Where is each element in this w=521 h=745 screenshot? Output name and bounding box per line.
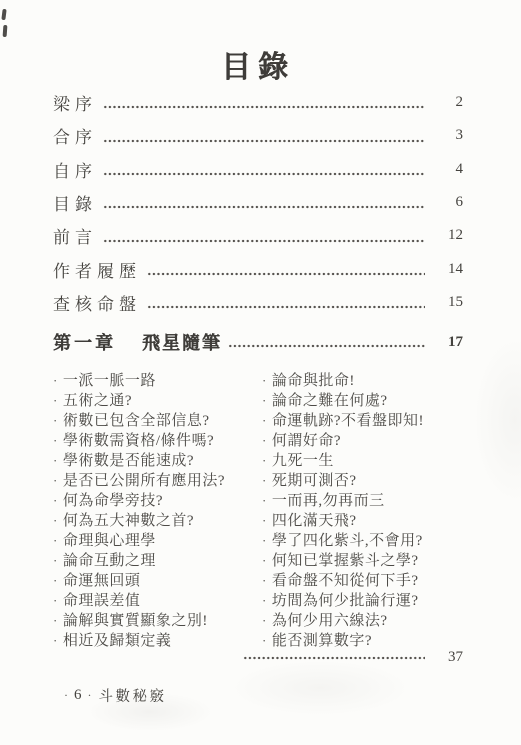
bullet-icon: · [53,391,58,411]
topic-item: ·四化滿天飛? [262,511,463,531]
topic-list: ·一派一脈一路 ·五術之通? ·術數已包含全部信息? ·學術數需資格/條件嗎? … [53,371,463,651]
toc-entry-label: 梁序 [53,90,97,115]
topic-item: ·命運無回頭 [53,571,262,591]
topic-text: 論命與批命! [272,371,355,391]
chapter-heading-row: 第一章 飛星隨筆 17 [53,329,463,355]
bullet-icon: · [262,391,267,411]
table-of-contents-page: 目錄 梁序 2 合序 3 自序 4 目錄 6 前言 12 作者履歷 [0,42,521,706]
footer-book-title: 斗數秘竅 [99,685,167,706]
topic-text: 一而再,勿再而三 [272,491,385,511]
topic-item: ·五術之通? [53,391,262,411]
footer-page-number: 6 [74,687,82,704]
topic-item: ·坊間為何少批論行運? [262,591,463,611]
bullet-icon: · [262,611,267,631]
bullet-icon: · [262,511,267,531]
topic-text: 論命之難在何處? [272,391,388,411]
toc-row: 自序 4 [53,153,463,186]
topic-item: ·何謂好命? [262,431,463,451]
dotted-leader [103,186,425,219]
bullet-icon: · [53,571,58,591]
topic-item: ·死期可測否? [262,471,463,491]
topic-item: ·是否已公開所有應用法? [53,471,262,491]
topic-item: ·何知已掌握紫斗之學? [262,551,463,571]
bullet-icon: · [53,511,58,531]
topic-item: ·學術數是否能速成? [53,451,262,471]
topic-item: ·命理誤差值 [53,591,262,611]
topic-text: 學了四化紫斗,不會用? [272,531,423,551]
bullet-icon: · [262,411,267,431]
topic-text: 命理與心理學 [63,531,156,551]
topic-text: 論解與實質顯象之別! [63,611,208,631]
toc-row: 目錄 6 [53,186,463,219]
topic-item: ·學了四化紫斗,不會用? [262,531,463,551]
topic-item: ·相近及歸類定義 [53,631,262,651]
topic-text: 何為命學旁技? [63,491,163,511]
dotted-leader [147,252,425,285]
toc-entry-label: 作者履歷 [53,257,141,282]
dotted-leader [103,86,425,119]
page-title: 目錄 [53,42,463,74]
topic-text: 相近及歸類定義 [63,631,172,651]
topic-column-left: ·一派一脈一路 ·五術之通? ·術數已包含全部信息? ·學術數需資格/條件嗎? … [53,371,262,651]
bullet-icon: · [262,451,267,471]
topic-text: 命理誤差值 [63,591,141,611]
dotted-leader [103,219,425,252]
toc-row: 查核命盤 15 [53,286,463,319]
dotted-leader [147,286,425,319]
topic-item: ·論解與實質顯象之別! [53,611,262,631]
topic-text: 論命互動之理 [63,551,156,571]
topic-item: ·命理與心理學 [53,531,262,551]
topic-item: ·九死一生 [262,451,463,471]
topic-text: 命運無回頭 [63,571,141,591]
topic-item: ·為何少用六線法? [262,611,463,631]
topic-item: ·一派一脈一路 [53,371,262,391]
bullet-icon: · [64,688,68,703]
topic-text: 死期可測否? [272,471,357,491]
bullet-icon: · [262,471,267,491]
toc-entry-label: 合序 [53,123,97,148]
topic-text: 一派一脈一路 [63,371,156,391]
topic-item: ·學術數需資格/條件嗎? [53,431,262,451]
section-end-page-number: 37 [433,649,463,666]
bullet-icon: · [53,491,58,511]
bullet-icon: · [262,631,267,651]
bullet-icon: · [53,431,58,451]
topic-item: ·看命盤不知從何下手? [262,571,463,591]
bullet-icon: · [53,531,58,551]
bullet-icon: · [262,431,267,451]
topic-text: 為何少用六線法? [272,611,388,631]
topic-text: 五術之通? [63,391,132,411]
topic-text: 看命盤不知從何下手? [272,571,419,591]
topic-text: 學術數需資格/條件嗎? [63,431,214,451]
toc-page-number: 14 [433,261,463,278]
page-footer: · 6 · 斗數秘竅 [58,685,463,706]
topic-item: ·論命之難在何處? [262,391,463,411]
scanned-book-page: { "page_title": "目錄", "front_matter": [ … [0,0,521,745]
toc-page-number: 6 [433,194,463,211]
toc-row: 梁序 2 [53,86,463,119]
scan-ink-artifact [1,9,6,20]
bullet-icon: · [262,591,267,611]
bullet-icon: · [262,371,267,391]
topic-text: 何謂好命? [272,431,341,451]
dotted-leader [103,119,425,152]
toc-page-number: 2 [433,94,463,111]
topic-section-end-row: 37 [53,650,463,664]
bullet-icon: · [88,688,92,703]
bullet-icon: · [262,491,267,511]
topic-column-right: ·論命與批命! ·論命之難在何處? ·命運軌跡?不看盤即知! ·何謂好命? ·九… [262,371,463,651]
topic-text: 九死一生 [272,451,334,471]
toc-row: 前言 12 [53,219,463,252]
scan-ink-artifact [3,25,8,37]
bullet-icon: · [53,411,58,431]
topic-item: ·何為五大神數之首? [53,511,262,531]
bullet-icon: · [53,591,58,611]
toc-page-number: 4 [433,161,463,178]
chapter-number: 第一章 [53,329,116,355]
chapter-page-number: 17 [433,334,463,351]
topic-item: ·論命互動之理 [53,551,262,571]
topic-text: 能否測算數字? [272,631,372,651]
toc-row: 合序 3 [53,119,463,152]
bullet-icon: · [262,551,267,571]
topic-item: ·命運軌跡?不看盤即知! [262,411,463,431]
toc-entry-label: 目錄 [53,190,97,215]
toc-row: 作者履歷 14 [53,252,463,285]
toc-entry-label: 自序 [53,157,97,182]
topic-item: ·一而再,勿再而三 [262,491,463,511]
bullet-icon: · [262,531,267,551]
topic-text: 坊間為何少批論行運? [272,591,419,611]
dotted-leader [228,329,425,355]
topic-text: 何為五大神數之首? [63,511,194,531]
dotted-leader [103,153,425,186]
topic-item: ·論命與批命! [262,371,463,391]
toc-entry-label: 查核命盤 [53,290,141,315]
toc-page-number: 3 [433,127,463,144]
bullet-icon: · [53,551,58,571]
front-matter-list: 梁序 2 合序 3 自序 4 目錄 6 前言 12 作者履歷 14 [53,86,463,319]
bullet-icon: · [53,631,58,651]
topic-text: 是否已公開所有應用法? [63,471,225,491]
topic-item: ·術數已包含全部信息? [53,411,262,431]
topic-text: 命運軌跡?不看盤即知! [272,411,424,431]
toc-entry-label: 前言 [53,223,97,248]
bullet-icon: · [262,571,267,591]
bullet-icon: · [53,371,58,391]
bullet-icon: · [53,451,58,471]
bullet-icon: · [53,611,58,631]
chapter-title: 飛星隨筆 [142,329,222,355]
topic-text: 學術數是否能速成? [63,451,194,471]
toc-page-number: 15 [433,294,463,311]
topic-item: ·何為命學旁技? [53,491,262,511]
bullet-icon: · [53,471,58,491]
topic-text: 何知已掌握紫斗之學? [272,551,419,571]
toc-page-number: 12 [433,227,463,244]
topic-text: 術數已包含全部信息? [63,411,210,431]
dotted-leader [243,650,425,664]
topic-text: 四化滿天飛? [272,511,357,531]
